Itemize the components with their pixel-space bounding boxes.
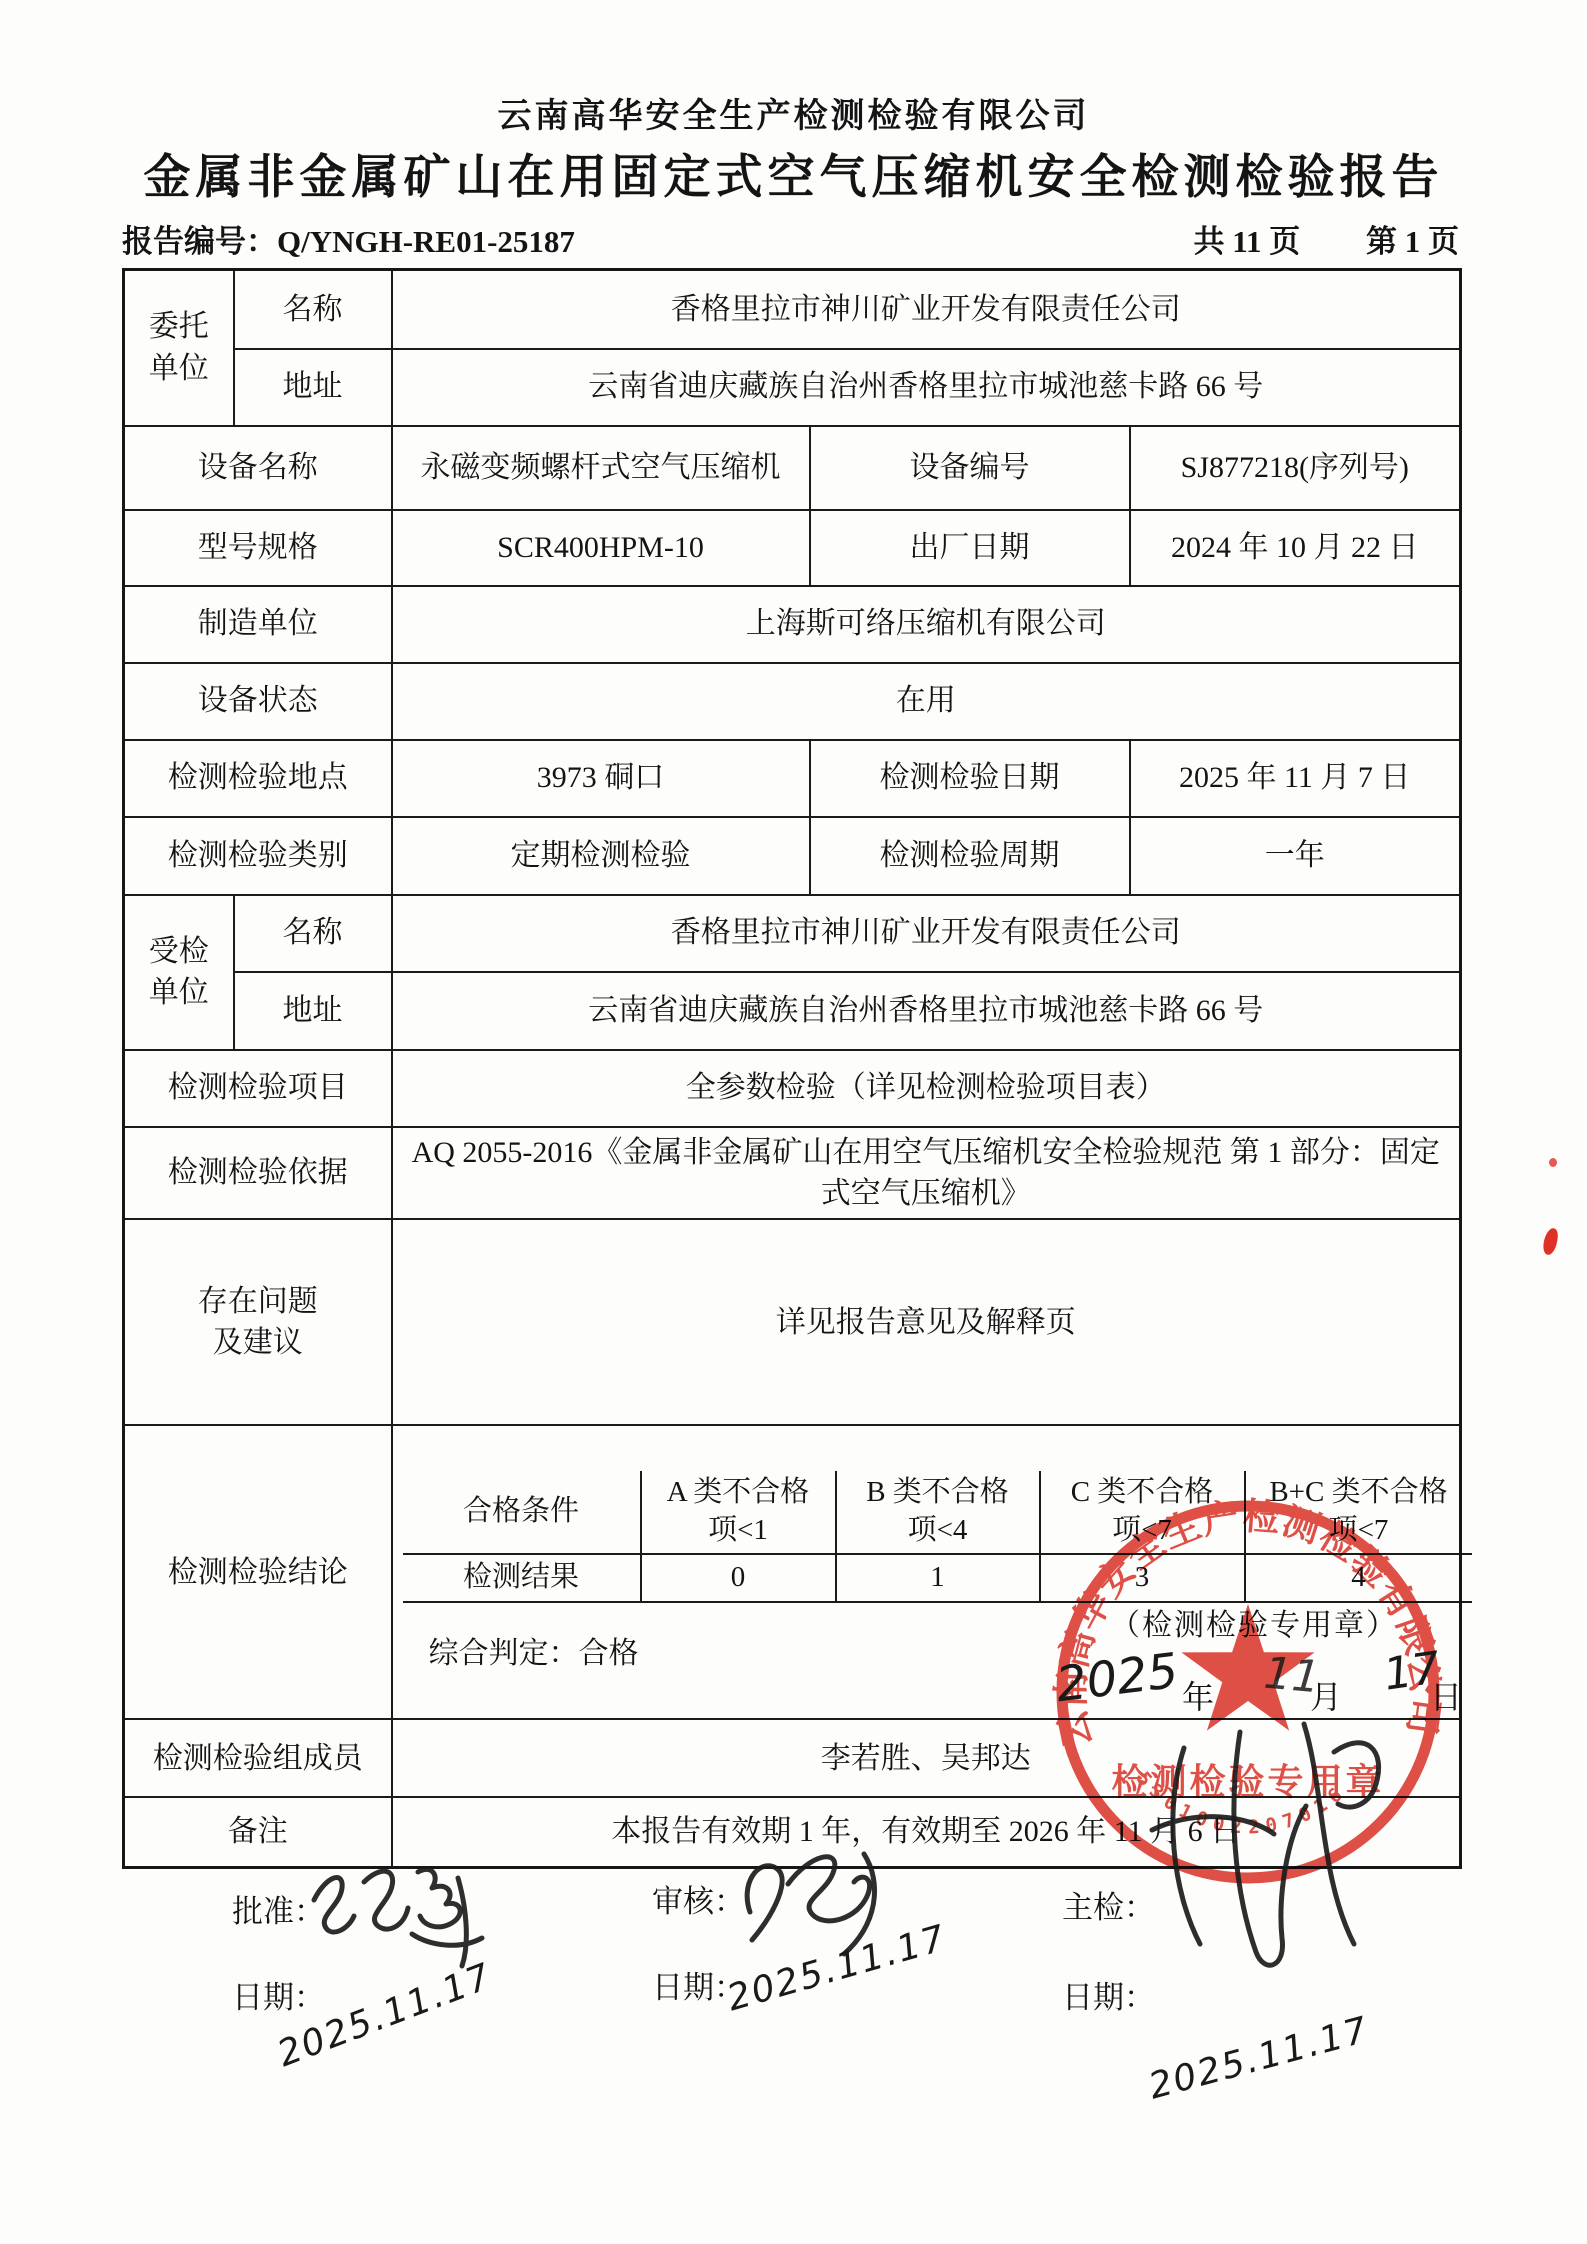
verdict-value: 合格 <box>579 1637 639 1670</box>
criteria-a-line2: 项<1 <box>646 1512 831 1550</box>
table-row: 设备名称 永磁变频螺杆式空气压缩机 设备编号 SJ877218(序列号) <box>124 426 1461 510</box>
criteria-c-line2: 项<7 <box>1045 1512 1240 1550</box>
seal-caption-printed: （检测检验专用章） <box>1048 1600 1460 1644</box>
inspected-address-label: 地址 <box>234 972 392 1050</box>
table-row: 检测检验地点 3973 硐口 检测检验日期 2025 年 11 月 7 日 <box>124 740 1461 817</box>
model-value: SCR400HPM-10 <box>392 510 810 586</box>
items-label: 检测检验项目 <box>124 1050 392 1127</box>
inspection-cycle-value: 一年 <box>1130 817 1461 895</box>
equipment-name-label: 设备名称 <box>124 426 392 510</box>
inspection-category-label: 检测检验类别 <box>124 817 392 895</box>
conclusion-label: 检测检验结论 <box>124 1425 392 1719</box>
chief-label: 主检： <box>1062 1882 1155 1927</box>
result-a: 0 <box>641 1554 836 1602</box>
table-row: 地址 云南省迪庆藏族自治州香格里拉市城池慈卡路 66 号 <box>124 349 1461 426</box>
table-row: 受检 单位 名称 香格里拉市神川矿业开发有限责任公司 <box>124 895 1461 972</box>
criteria-col-c: C 类不合格 项<7 <box>1040 1471 1245 1554</box>
criteria-col-b: B 类不合格 项<4 <box>836 1471 1040 1554</box>
criteria-header-row: 合格条件 A 类不合格 项<1 B 类不合格 项<4 C 类不合格 项<7 <box>403 1471 1472 1554</box>
table-row: 地址 云南省迪庆藏族自治州香格里拉市城池慈卡路 66 号 <box>124 972 1461 1050</box>
problems-label-line1: 存在问题 <box>135 1281 381 1322</box>
inspected-address-value: 云南省迪庆藏族自治州香格里拉市城池慈卡路 66 号 <box>392 972 1461 1050</box>
remarks-value: 本报告有效期 1 年，有效期至 2026 年 11 月 6 日 <box>392 1797 1461 1867</box>
report-number-value: Q/YNGH-RE01-25187 <box>277 224 575 259</box>
team-members: 李若胜、吴邦达 <box>392 1719 1461 1797</box>
mfg-date-label: 出厂日期 <box>810 510 1130 586</box>
client-name-label: 名称 <box>234 270 392 349</box>
inspection-location-value: 3973 硐口 <box>392 740 810 817</box>
client-group-line1: 委托 <box>135 306 223 347</box>
approve-date-label: 日期： <box>232 1972 325 2017</box>
table-row: 检测检验类别 定期检测检验 检测检验周期 一年 <box>124 817 1461 895</box>
red-ink-dot <box>1549 1158 1557 1167</box>
conclusion-criteria-table: 合格条件 A 类不合格 项<1 B 类不合格 项<4 C 类不合格 项<7 <box>403 1471 1472 1603</box>
client-address-label: 地址 <box>234 349 392 426</box>
client-address-value: 云南省迪庆藏族自治州香格里拉市城池慈卡路 66 号 <box>392 349 1461 426</box>
criteria-c-line1: C 类不合格 <box>1045 1474 1240 1512</box>
equipment-name-value: 永磁变频螺杆式空气压缩机 <box>392 426 810 510</box>
review-date-handwritten: 2025.11.17 <box>723 1918 952 2020</box>
basis-label: 检测检验依据 <box>124 1127 392 1220</box>
result-row: 检测结果 0 1 3 4 <box>403 1554 1472 1602</box>
result-bc: 4 <box>1245 1554 1472 1602</box>
inspection-location-label: 检测检验地点 <box>124 740 392 817</box>
pages-total: 共 11 页 <box>1193 224 1300 259</box>
chief-date-handwritten: 2025.11.17 <box>1145 2009 1374 2107</box>
inspection-category-value: 定期检测检验 <box>392 817 810 895</box>
date-year-char: 年 <box>1182 1672 1214 1718</box>
equipment-serial-value: SJ877218(序列号) <box>1130 426 1461 510</box>
table-row: 委托 单位 名称 香格里拉市神川矿业开发有限责任公司 <box>124 270 1461 349</box>
equipment-serial-label: 设备编号 <box>810 426 1130 510</box>
criteria-col-a: A 类不合格 项<1 <box>641 1471 836 1554</box>
problems-label: 存在问题 及建议 <box>124 1219 392 1425</box>
table-row: 检测检验组成员 李若胜、吴邦达 <box>124 1719 1461 1797</box>
inspection-cycle-label: 检测检验周期 <box>810 817 1130 895</box>
basis-value: AQ 2055-2016《金属非金属矿山在用空气压缩机安全检验规范 第 1 部分… <box>392 1127 1461 1220</box>
mfg-date-value: 2024 年 10 月 22 日 <box>1130 510 1461 586</box>
manufacturer-value: 上海斯可络压缩机有限公司 <box>392 586 1461 663</box>
client-name-value: 香格里拉市神川矿业开发有限责任公司 <box>392 270 1461 349</box>
report-meta-row: 报告编号：Q/YNGH-RE01-25187 共 11 页 第 1 页 <box>122 216 1459 261</box>
company-name: 云南高华安全生产检测检验有限公司 <box>0 88 1587 137</box>
client-group-label: 委托 单位 <box>124 270 234 426</box>
inspected-name-label: 名称 <box>234 895 392 972</box>
inspected-group-line2: 单位 <box>135 972 223 1013</box>
criteria-bc-line2: 项<7 <box>1250 1512 1468 1550</box>
handwritten-day: 17 <box>1381 1642 1444 1700</box>
inspection-date-label: 检测检验日期 <box>810 740 1130 817</box>
table-row: 型号规格 SCR400HPM-10 出厂日期 2024 年 10 月 22 日 <box>124 510 1461 586</box>
model-label: 型号规格 <box>124 510 392 586</box>
criteria-a-line1: A 类不合格 <box>646 1474 831 1512</box>
report-number-label: 报告编号： <box>122 224 277 259</box>
remarks-label: 备注 <box>124 1797 392 1867</box>
table-row: 备注 本报告有效期 1 年，有效期至 2026 年 11 月 6 日 <box>124 1797 1461 1867</box>
table-row: 检测检验结论 合格条件 A 类不合格 项<1 B 类不合格 项<4 <box>124 1425 1461 1719</box>
table-row: 存在问题 及建议 详见报告意见及解释页 <box>124 1219 1461 1425</box>
criteria-b-line2: 项<4 <box>841 1512 1035 1550</box>
criteria-b-line1: B 类不合格 <box>841 1474 1035 1512</box>
report-title: 金属非金属矿山在用固定式空气压缩机安全检测检验报告 <box>0 140 1587 207</box>
criteria-label: 合格条件 <box>403 1471 641 1554</box>
team-label: 检测检验组成员 <box>124 1719 392 1797</box>
result-label: 检测结果 <box>403 1554 641 1602</box>
approve-label: 批准： <box>232 1886 325 1931</box>
table-row: 检测检验项目 全参数检验（详见检测检验项目表） <box>124 1050 1461 1127</box>
problems-label-line2: 及建议 <box>135 1322 381 1363</box>
manufacturer-label: 制造单位 <box>124 586 392 663</box>
table-row: 设备状态 在用 <box>124 663 1461 740</box>
result-b: 1 <box>836 1554 1040 1602</box>
problems-value: 详见报告意见及解释页 <box>392 1219 1461 1425</box>
criteria-col-bc: B+C 类不合格 项<7 <box>1245 1471 1472 1554</box>
inspected-group-label: 受检 单位 <box>124 895 234 1050</box>
criteria-bc-line1: B+C 类不合格 <box>1250 1474 1468 1512</box>
red-ink-smudge <box>1542 1227 1559 1256</box>
inspected-name-value: 香格里拉市神川矿业开发有限责任公司 <box>392 895 1461 972</box>
table-row: 制造单位 上海斯可络压缩机有限公司 <box>124 586 1461 663</box>
chief-date-label: 日期： <box>1062 1972 1155 2017</box>
status-value: 在用 <box>392 663 1461 740</box>
table-row: 检测检验依据 AQ 2055-2016《金属非金属矿山在用空气压缩机安全检验规范… <box>124 1127 1461 1220</box>
report-page: 云南高华安全生产检测检验有限公司 金属非金属矿山在用固定式空气压缩机安全检测检验… <box>0 0 1587 2244</box>
verdict-label: 综合判定： <box>429 1637 579 1670</box>
review-label: 审核： <box>652 1876 745 1921</box>
items-value: 全参数检验（详见检测检验项目表） <box>392 1050 1461 1127</box>
status-label: 设备状态 <box>124 663 392 740</box>
client-group-line2: 单位 <box>135 348 223 389</box>
page-current: 第 1 页 <box>1366 224 1459 259</box>
report-number: 报告编号：Q/YNGH-RE01-25187 <box>122 216 575 261</box>
handwritten-month: 11 <box>1262 1648 1322 1704</box>
page-count: 共 11 页 第 1 页 <box>1135 216 1459 261</box>
result-c: 3 <box>1040 1554 1245 1602</box>
inspection-date-value: 2025 年 11 月 7 日 <box>1130 740 1461 817</box>
inspected-group-line1: 受检 <box>135 931 223 972</box>
